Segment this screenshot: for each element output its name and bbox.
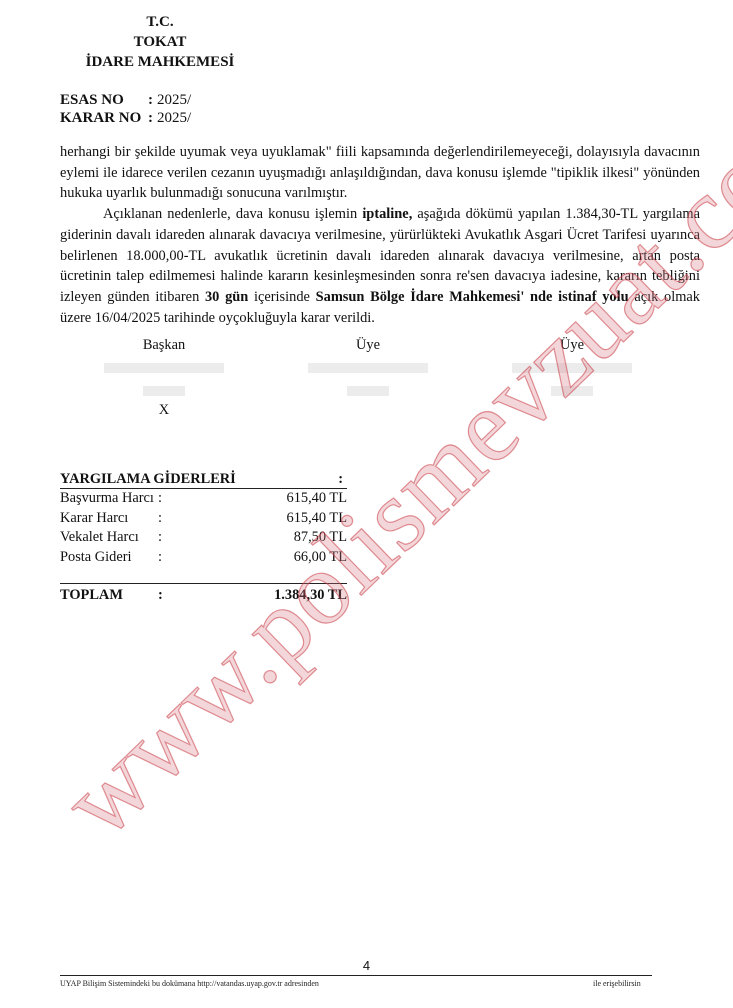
- redacted-id: [551, 386, 593, 396]
- case-meta: ESAS NO : 2025/ KARAR NO : 2025/: [60, 91, 191, 127]
- karar-value: 2025/: [157, 109, 191, 127]
- signature-title: Üye: [278, 337, 458, 355]
- para2-bold-court: Samsun Bölge İdare Mahkemesi' nde istina…: [316, 289, 629, 305]
- total-amount: 1.384,30 TL: [178, 584, 347, 606]
- cost-amount: 615,40 TL: [178, 509, 347, 529]
- decision-text: herhangi bir şekilde uyumak veya uyuklam…: [60, 142, 700, 328]
- total-divider: [60, 567, 347, 584]
- signature-mark: X: [74, 402, 254, 419]
- cost-row: Karar Harcı : 615,40 TL: [60, 509, 347, 529]
- redacted-name: [308, 363, 428, 373]
- cost-amount: 87,50 TL: [178, 528, 347, 548]
- signature-title: Üye: [482, 337, 662, 355]
- esas-label: ESAS NO: [60, 91, 148, 109]
- cost-sep: :: [158, 528, 178, 548]
- signature-baskan: Başkan X: [74, 337, 254, 419]
- total-label: TOPLAM: [60, 584, 158, 606]
- cost-row: Başvurma Harcı : 615,40 TL: [60, 489, 347, 509]
- karar-row: KARAR NO : 2025/: [60, 109, 191, 127]
- cost-name: Vekalet Harcı: [60, 528, 158, 548]
- paragraph-2: Açıklanan nedenlerle, dava konusu işlemi…: [60, 204, 700, 328]
- karar-colon: :: [148, 109, 153, 127]
- cost-amount: 615,40 TL: [178, 489, 347, 509]
- footer-divider: [60, 975, 652, 976]
- cost-row: Posta Gideri : 66,00 TL: [60, 548, 347, 568]
- header-line-court: İDARE MAHKEMESİ: [60, 52, 260, 72]
- cost-name: Posta Gideri: [60, 548, 158, 568]
- esas-row: ESAS NO : 2025/: [60, 91, 191, 109]
- cost-amount: 66,00 TL: [178, 548, 347, 568]
- redacted-name: [104, 363, 224, 373]
- esas-value: 2025/: [157, 91, 191, 109]
- costs-table: YARGILAMA GİDERLERİ : Başvurma Harcı : 6…: [60, 470, 347, 606]
- page-number: 4: [0, 958, 733, 973]
- signature-title: Başkan: [74, 337, 254, 355]
- header-line-tc: T.C.: [60, 12, 260, 32]
- cost-total-row: TOPLAM : 1.384,30 TL: [60, 584, 347, 606]
- paragraph-1: herhangi bir şekilde uyumak veya uyuklam…: [60, 142, 700, 204]
- total-sep: :: [158, 584, 178, 606]
- header-line-city: TOKAT: [60, 32, 260, 52]
- cost-sep: :: [158, 489, 178, 509]
- redacted-id: [347, 386, 389, 396]
- para2-text-e: içerisinde: [248, 289, 315, 305]
- para2-bold-30-gun: 30 gün: [205, 289, 248, 305]
- cost-name: Başvurma Harcı: [60, 489, 158, 509]
- signature-uye-1: Üye: [278, 337, 458, 402]
- cost-sep: :: [158, 509, 178, 529]
- cost-row: Vekalet Harcı : 87,50 TL: [60, 528, 347, 548]
- costs-heading-colon: :: [338, 470, 343, 488]
- court-header: T.C. TOKAT İDARE MAHKEMESİ: [60, 12, 260, 72]
- redacted-id: [143, 386, 185, 396]
- para2-bold-iptaline: iptaline,: [362, 206, 412, 222]
- cost-name: Karar Harcı: [60, 509, 158, 529]
- esas-colon: :: [148, 91, 153, 109]
- redacted-name: [512, 363, 632, 373]
- costs-heading-text: YARGILAMA GİDERLERİ: [60, 470, 236, 488]
- karar-label: KARAR NO: [60, 109, 148, 127]
- signature-uye-2: Üye: [482, 337, 662, 402]
- costs-heading: YARGILAMA GİDERLERİ :: [60, 470, 347, 489]
- footer-uyap-note: UYAP Bilişim Sistemindeki bu dokümana ht…: [60, 979, 319, 988]
- footer-access-note: ile erişebilirsin: [593, 979, 641, 988]
- cost-sep: :: [158, 548, 178, 568]
- para2-text-a: Açıklanan nedenlerle, dava konusu işlemi…: [103, 206, 362, 222]
